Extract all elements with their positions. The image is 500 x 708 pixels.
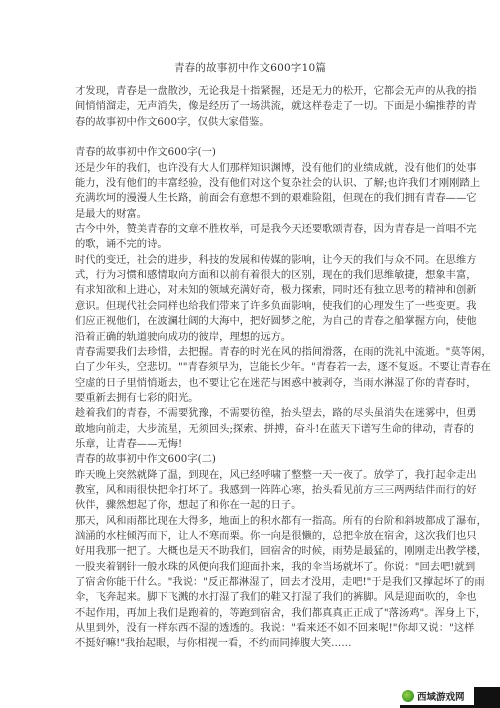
text-line: 不起作用，再加上我们是跑着的，等跑到宿舍，我们都真真正正成了"落汤鸡"。浑身上下… bbox=[75, 606, 425, 621]
text-line: 汹涌的水柱倾泻而下，让人不寒而栗。你一向是很懒的，总把伞放在宿舍，这次我们也只 bbox=[75, 529, 425, 544]
text-line: 要重新去拥有七彩的阳光。 bbox=[75, 391, 425, 406]
text-line: 能力，没有他们的丰富经验，没有他们对这个复杂社会的认识、了解;也许我们才刚刚踏上 bbox=[75, 176, 425, 191]
text-line: 古今中外，赞美青春的文章不胜枚举，可是我今天还要歌颂青春，因为青春是一首唱不完 bbox=[75, 222, 425, 237]
text-line: 还是少年的我们，也许没有大人们那样知识渊博，没有他们的业绩成就，没有他们的处事 bbox=[75, 161, 425, 176]
text-line: 不挺好嘛!"我抬起眼，与你相视一看，不约而同捧腹大笑…… bbox=[75, 636, 425, 651]
text-line: 趁着我们的青春，不需要犹豫，不需要彷徨，抬头望去，路的尽头虽消失在迷雾中，但勇 bbox=[75, 406, 425, 421]
blank-line bbox=[75, 130, 425, 145]
document-title: 青春的故事初中作文600字10篇 bbox=[0, 61, 500, 75]
text-line: 一股夹着钢针一般水珠的风便向我们迎面扑来，我的伞当场就坏了。你说："回去吧!就到 bbox=[75, 560, 425, 575]
text-line: 那天，风和雨都比现在大得多，地面上的积水都有一指高。所有的台阶和斜坡都成了瀑布， bbox=[75, 514, 425, 529]
text-line: 敢地向前走，大步流星，无须回头;探索、拼搏，奋斗!在蓝天下谱写生命的律动，青春的 bbox=[75, 422, 425, 437]
text-line: 的歌，诵不完的诗。 bbox=[75, 237, 425, 252]
text-line: 春的故事初中作文600字，仅供大家借鉴。 bbox=[75, 115, 425, 130]
text-line: 沿着正确的轨道驶向成功的彼岸，理想的远方。 bbox=[75, 330, 425, 345]
text-line: 昨天晚上突然就降了温，到现在，风已经呼啸了整整一天一夜了。放学了，我打起伞走出 bbox=[75, 468, 425, 483]
text-line: 间悄悄溜走，无声消失，像是经历了一场洪流，就这样卷走了一切。下面是小编推荐的青 bbox=[75, 99, 425, 114]
watermark: 西域游戏网 bbox=[400, 687, 500, 708]
text-line: 们应正视他们，在波澜壮阔的大海中，把好圆梦之舵，为自己的青春之船掌握方向，使他 bbox=[75, 314, 425, 329]
text-line: 从里到外，没有一样东西不湿的透透的。我说："看来还不如不回来呢!"你却又说："这… bbox=[75, 621, 425, 636]
text-line: 教室，风和雨很快把伞打坏了。我感到一阵阵心寒，抬头看见前方三三两两结伴而行的好 bbox=[75, 483, 425, 498]
text-line: 伞，飞奔起来。脚下飞溅的水打湿了我们的鞋又打湿了我们的裤脚。风是迎面吹的，伞也 bbox=[75, 590, 425, 605]
green-globe-logo-icon bbox=[402, 690, 414, 702]
text-line: 青春的故事初中作文600字(二) bbox=[75, 452, 425, 467]
document-body: 才发现，青春是一盘散沙，无论我是十指紧握，还是无力的松开，它都会无声的从我的指间… bbox=[75, 84, 425, 652]
text-line: 好用我那一把了。大概也是天不助我们，回宿舍的时候，雨势是最猛的，刚刚走出教学楼， bbox=[75, 544, 425, 559]
text-line: 伙伴，骤然想起了你，想起了和你在一起的日子。 bbox=[75, 498, 425, 513]
text-line: 意识。但现代社会同样也给我们带来了许多负面影响，使我们的心理发生了一些变更。我 bbox=[75, 299, 425, 314]
text-line: 青春需要我们去珍惜，去把握。青春的时光在风的指间滑落，在雨的洗礼中流逝。"莫等闲… bbox=[75, 345, 425, 360]
text-line: 充满坎坷的漫漫人生长路，前面会有意想不到的艰难险阻，但现在的我们拥有青春——它 bbox=[75, 191, 425, 206]
text-line: 青春的故事初中作文600字(一) bbox=[75, 145, 425, 160]
text-line: 乐章，让青春——无悔! bbox=[75, 437, 425, 452]
document-page: 青春的故事初中作文600字10篇 才发现，青春是一盘散沙，无论我是十指紧握，还是… bbox=[0, 0, 500, 708]
text-line: 才发现，青春是一盘散沙，无论我是十指紧握，还是无力的松开，它都会无声的从我的指 bbox=[75, 84, 425, 99]
text-line: 时代的变迁，社会的进步，科技的发展和传媒的影响，让今天的我们与众不同。在思维方 bbox=[75, 253, 425, 268]
watermark-label: 西域游戏网 bbox=[417, 689, 465, 703]
text-line: 有求知欲和上进心，对未知的领域充满好奇，极力探索，同时还有独立思考的精神和创新 bbox=[75, 283, 425, 298]
text-line: 白了少年头，空悲切。""青春须早为，岂能长少年。"青春若一去，逐不复返。不要让青… bbox=[75, 360, 425, 375]
watermark-badge: 西域游戏网 bbox=[400, 687, 474, 705]
text-line: 空虚的日子里悄悄逝去，也不要让它在迷茫与困惑中被剥夺，当雨水淋湿了你的青春时， bbox=[75, 376, 425, 391]
text-line: 式，行为习惯和感情取向方面和以前有着很大的区别，现在的我们思维敏捷，想象丰富， bbox=[75, 268, 425, 283]
text-line: 了宿舍你能干什么。"我说："反正都淋湿了，回去才没用，走吧!"于是我们又撑起坏了… bbox=[75, 575, 425, 590]
text-line: 是最大的财富。 bbox=[75, 207, 425, 222]
